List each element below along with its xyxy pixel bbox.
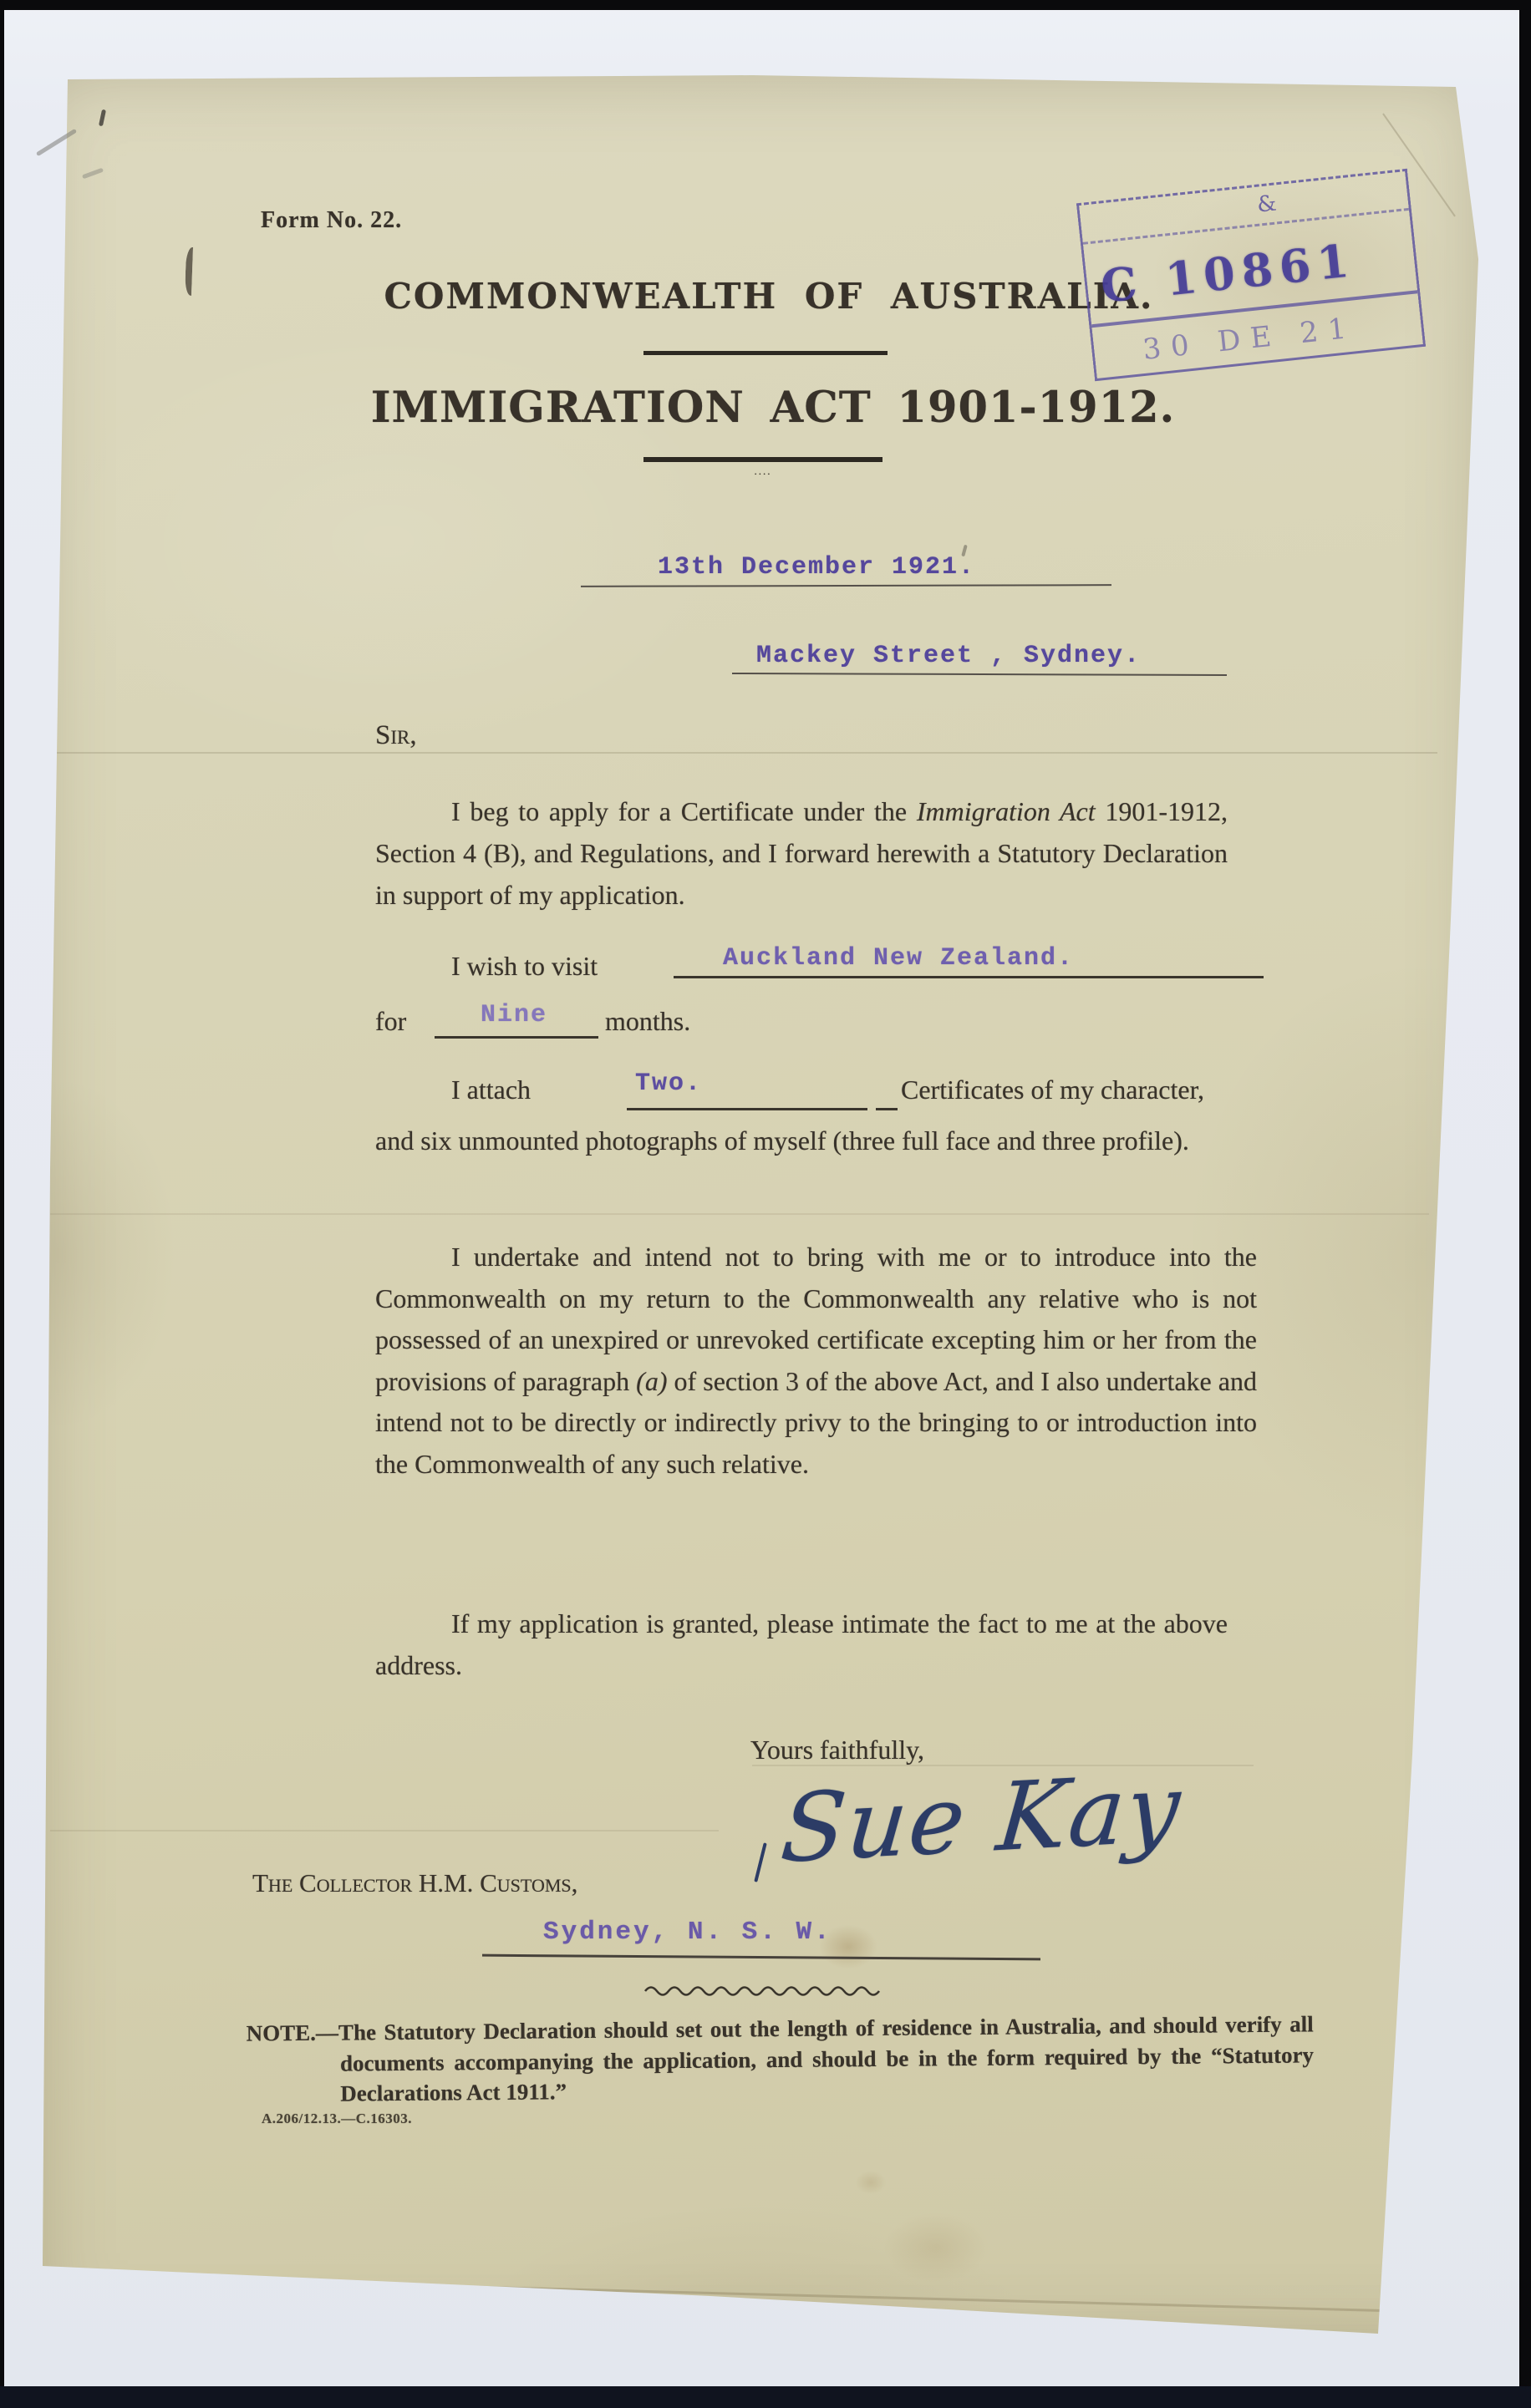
crease-line	[50, 1213, 1429, 1215]
attach-blank-line	[627, 1108, 867, 1110]
attach-text: Certificates of my character,	[901, 1074, 1204, 1105]
typed-date: 13th December 1921.	[658, 553, 975, 582]
scan-border-top	[0, 0, 1531, 10]
scan-border-right	[1519, 0, 1531, 2408]
recipient-line: The Collector H.M. Customs,	[252, 1868, 577, 1898]
typed-address: Mackey Street , Sydney.	[756, 642, 1141, 670]
heading-commonwealth: COMMONWEALTH OF AUSTRALIA.	[351, 276, 1187, 317]
wavy-divider	[643, 1984, 886, 1997]
divider-dots: ....	[643, 465, 882, 478]
form-number: Form No. 22.	[261, 207, 402, 234]
visit-blank-line	[674, 976, 1264, 978]
duration-prefix: for	[375, 1006, 406, 1037]
scanned-document: Form No. 22. COMMONWEALTH OF AUSTRALIA. …	[0, 0, 1531, 2408]
visit-label: I wish to visit	[451, 951, 598, 982]
attach-continuation: and six unmounted photographs of myself …	[375, 1120, 1228, 1161]
note-label: NOTE.	[247, 2020, 317, 2046]
scan-border-bottom	[0, 2386, 1531, 2408]
closing-valediction: Yours faithfully,	[750, 1735, 924, 1765]
grant-paragraph: If my application is granted, please int…	[375, 1603, 1228, 1686]
note-text: —The Statutory Declaration should set ou…	[316, 2011, 1314, 2106]
applicant-signature: Sue Kay	[777, 1754, 1186, 1884]
attach-value: Two.	[635, 1069, 702, 1098]
duration-suffix: months.	[605, 1006, 690, 1037]
undertaking-paragraph: I undertake and intend not to bring with…	[375, 1237, 1257, 1485]
crease-line	[50, 752, 1437, 754]
statutory-note: NOTE.—The Statutory Declaration should s…	[247, 2009, 1315, 2110]
crease-line	[50, 1830, 719, 1831]
attach-label: I attach	[451, 1074, 531, 1105]
divider-rule	[643, 351, 888, 355]
duration-blank-line	[435, 1036, 598, 1039]
recipient-city: Sydney, N. S. W.	[543, 1918, 832, 1947]
divider-rule	[643, 457, 882, 462]
heading-immigration-act: IMMIGRATION ACT 1901-1912.	[351, 383, 1195, 433]
paragraph-a-italic: (a)	[636, 1366, 667, 1396]
scan-border-left	[0, 0, 4, 2408]
act-name-italic: Immigration Act	[917, 796, 1096, 826]
duration-value: Nine	[481, 1001, 547, 1029]
customs-received-stamp: & C 10861 30 DE 21	[1076, 169, 1426, 381]
attach-dash	[876, 1108, 898, 1110]
printer-code: A.206/12.13.—C.16303.	[262, 2111, 412, 2127]
salutation: Sir,	[375, 720, 417, 751]
visit-value: Auckland New Zealand.	[723, 944, 1074, 973]
application-paragraph: I beg to apply for a Certificate under t…	[375, 790, 1228, 916]
application-text: I beg to apply for a Certificate under t…	[451, 796, 917, 826]
